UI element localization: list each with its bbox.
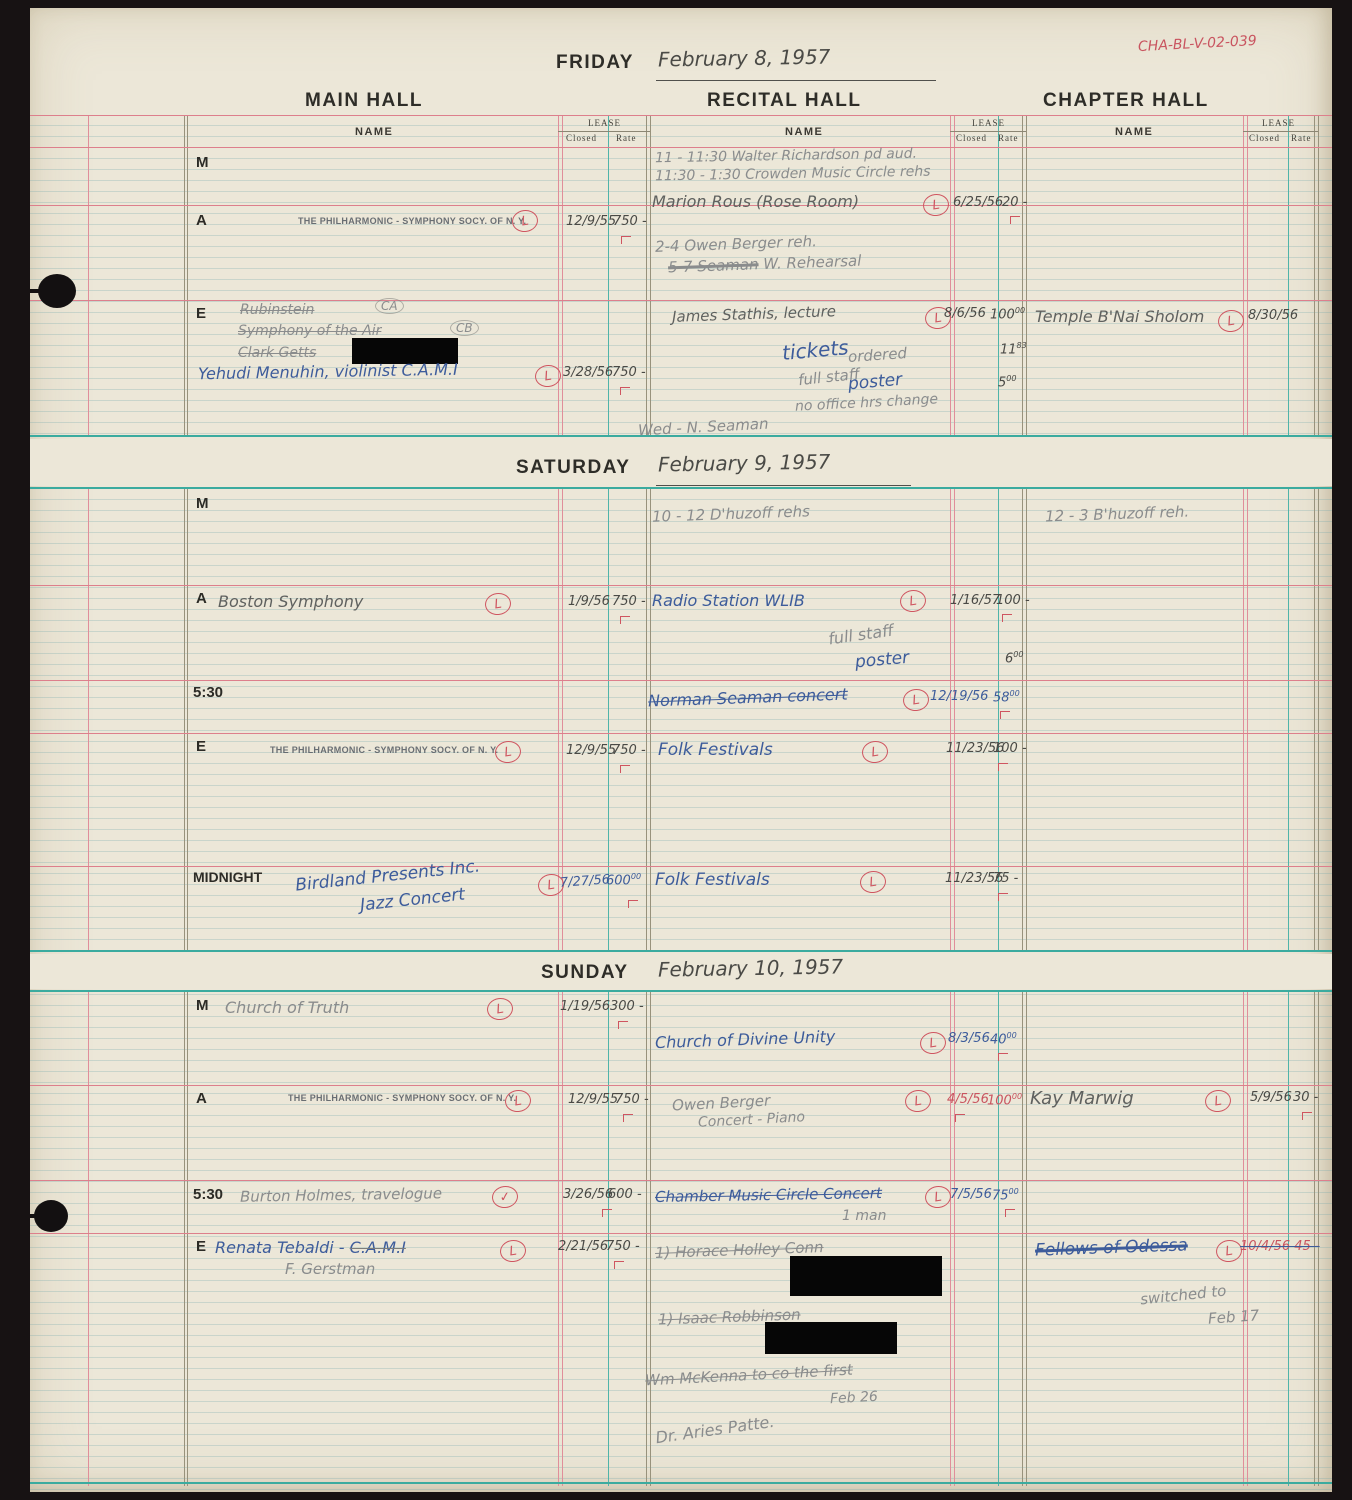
sunday-main-530-name: Burton Holmes, travelogue [240, 1184, 442, 1206]
sunday-main-e-rate: 750 - [606, 1239, 640, 1254]
pencil-circled-note: CB [450, 320, 479, 336]
sunday-date: February 10, 1957 [658, 954, 844, 981]
red-tick-mark [628, 900, 638, 908]
saturday-main-a-name: Boston Symphony [218, 592, 363, 611]
saturday-date: February 9, 1957 [658, 449, 831, 476]
rate-cents: 00 [1009, 1187, 1019, 1196]
saturday-recital-e-name: Folk Festivals [658, 740, 773, 760]
main-rate-header: Rate [616, 133, 637, 143]
sunday-chapter-a-closed: 5/9/56 [1250, 1090, 1292, 1105]
redaction-box [790, 1256, 942, 1296]
sunday-main-e-closed: 2/21/56 [558, 1239, 608, 1254]
sunday-main-e-name: Renata Tebaldi - C.A.M.I [215, 1238, 406, 1257]
friday-main-e-closed: 3/28/56 [563, 365, 613, 380]
friday-row-a: A [196, 212, 207, 229]
chapter-rate-header: Rate [1291, 133, 1312, 143]
saturday-row-530: 5:30 [193, 684, 223, 701]
saturday-row-midnight: MIDNIGHT [193, 869, 262, 885]
sunday-main-m-rate: 300 - [610, 999, 644, 1014]
sunday-row-530: 5:30 [193, 1186, 223, 1203]
punch-hole-tear [30, 289, 44, 293]
friday-title: FRIDAY [556, 52, 634, 74]
red-tick-mark [998, 763, 1008, 771]
friday-recital-e-closed: 8/6/56 [944, 306, 986, 321]
friday-main-e-rate: 750 - [612, 365, 646, 380]
sunday-main-e-agent: F. Gerstman [285, 1260, 375, 1278]
red-tick-mark [998, 1053, 1008, 1061]
recital-hall-title: RECITAL HALL [707, 90, 862, 112]
saturday-recital-mid-rate: 75 - [993, 871, 1018, 886]
sunday-recital-530-rate: 7500 [992, 1187, 1019, 1203]
friday-chapter-e-name: Temple B'Nai Sholom [1035, 307, 1204, 326]
struck-text: C.A.M.I [350, 1238, 406, 1257]
sunday-main-a-name-stamp: THE PHILHARMONIC - SYMPHONY SOCY. OF N. … [288, 1093, 516, 1103]
struck-text: 5-7 Seaman [668, 255, 759, 276]
red-tick-mark [620, 387, 630, 395]
saturday-recital-a-name: Radio Station WLIB [652, 591, 805, 610]
amount-value: 11 [1000, 342, 1017, 357]
saturday-main-mid-rate: 60000 [606, 872, 641, 888]
pencil-circled-note: CA [375, 298, 404, 314]
friday-recital-m-rate: 20 - [1002, 195, 1027, 210]
saturday-main-a-rate: 750 - [612, 594, 646, 609]
saturday-recital-mid-name: Folk Festivals [655, 870, 770, 890]
red-tick-mark [621, 236, 631, 244]
sunday-main-m-closed: 1/19/56 [560, 999, 610, 1014]
friday-recital-m-closed: 6/25/56 [953, 195, 1003, 210]
friday-row-e: E [196, 305, 206, 322]
chapter-hall-title: CHAPTER HALL [1043, 90, 1209, 112]
rate-value: 100 [987, 1093, 1012, 1108]
rate-value: 58 [993, 690, 1010, 705]
red-tick-mark [618, 1021, 628, 1029]
amount-cents: 00 [1013, 650, 1023, 659]
chapter-lease-header: LEASE [1262, 118, 1295, 128]
amount-cents: 83 [1017, 341, 1027, 350]
red-tick-mark [602, 1209, 612, 1217]
redaction-box [765, 1322, 897, 1354]
rate-value: 600 [606, 873, 631, 888]
friday-chapter-e-closed: 8/30/56 [1248, 308, 1298, 323]
friday-main-e-struck-2-note: CB [450, 321, 479, 335]
rate-cents: 00 [1007, 1031, 1017, 1040]
amount-cents: 00 [1006, 374, 1016, 383]
saturday-main-e-closed: 12/9/55 [566, 743, 616, 758]
saturday-main-e-rate: 750 - [612, 743, 646, 758]
chapter-name-header: NAME [1115, 126, 1153, 138]
sunday-row-m: M [196, 997, 209, 1014]
main-closed-header: Closed [566, 133, 597, 143]
red-tick-mark [623, 1114, 633, 1122]
recital-rate-header: Rate [998, 133, 1019, 143]
saturday-main-a-closed: 1/9/56 [568, 594, 610, 609]
red-tick-mark [1010, 216, 1020, 224]
catalog-number: CHA-BL-V-02-039 [1138, 33, 1257, 55]
rate-cents: 00 [1010, 689, 1020, 698]
chapter-closed-header: Closed [1249, 133, 1280, 143]
saturday-row-e: E [196, 738, 206, 755]
red-tick-mark [620, 765, 630, 773]
sunday-recital-a-closed: 4/5/56 [947, 1092, 989, 1107]
sunday-main-a-closed: 12/9/55 [568, 1092, 618, 1107]
red-tick-mark [1000, 711, 1010, 719]
saturday-recital-530-rate: 5800 [993, 689, 1020, 705]
sunday-recital-530-closed: 7/5/56 [950, 1187, 992, 1202]
sunday-recital-530-note: 1 man [842, 1208, 886, 1224]
saturday-recital-a-closed: 1/16/57 [950, 593, 1000, 608]
sunday-main-a-rate: 750 - [615, 1092, 649, 1107]
friday-main-e-struck-1: Rubinstein [240, 302, 314, 318]
friday-main-a-closed: 12/9/55 [566, 214, 616, 229]
name-text: Renata Tebaldi - [215, 1238, 350, 1257]
saturday-date-underline [656, 485, 911, 486]
friday-main-a-rate: 750 - [613, 214, 647, 229]
rate-cents: 00 [1015, 306, 1025, 315]
sunday-recital-m-rate: 4000 [990, 1031, 1017, 1047]
friday-recital-m-name: Marion Rous (Rose Room) [652, 192, 859, 211]
friday-date-underline [656, 80, 936, 81]
sunday-chapter-a-name: Kay Marwig [1030, 1088, 1134, 1109]
rate-value: 40 [990, 1032, 1007, 1047]
saturday-row-a: A [196, 590, 207, 607]
saturday-row-m: M [196, 495, 209, 512]
recital-closed-header: Closed [956, 133, 987, 143]
sunday-chapter-e-note-2: Feb 17 [1207, 1306, 1259, 1328]
sunday-main-m-name: Church of Truth [225, 998, 349, 1017]
friday-date: February 8, 1957 [658, 44, 831, 71]
sunday-recital-e-note-feb: Feb 26 [830, 1389, 879, 1407]
sunday-row-a: A [196, 1090, 207, 1107]
sunday-main-530-rate: 600 - [608, 1187, 642, 1202]
red-tick-mark [1302, 1112, 1312, 1120]
saturday-main-e-name-stamp: THE PHILHARMONIC - SYMPHONY SOCY. OF N. … [270, 745, 498, 755]
friday-main-a-name-stamp: THE PHILHARMONIC - SYMPHONY SOCY. OF N. … [298, 216, 526, 226]
rate-cents: 00 [1012, 1092, 1022, 1101]
recital-lease-header: LEASE [972, 118, 1005, 128]
sunday-recital-a-rate: 10000 [987, 1092, 1022, 1108]
friday-main-e-struck-1-note: CA [375, 299, 404, 313]
ledger-page: FRIDAY February 8, 1957 CHA-BL-V-02-039 … [30, 8, 1332, 1492]
recital-name-header: NAME [785, 126, 823, 138]
sunday-main-530-closed: 3/26/56 [563, 1187, 613, 1202]
saturday-recital-a-rate: 100 - [996, 593, 1030, 608]
friday-recital-e-amount-1: 1183 [1000, 341, 1027, 357]
red-tick-mark [620, 616, 630, 624]
sunday-title: SUNDAY [541, 962, 629, 984]
saturday-title: SATURDAY [516, 457, 630, 479]
friday-recital-e-amount-2: 500 [998, 374, 1017, 390]
main-lease-header: LEASE [588, 118, 621, 128]
main-name-header: NAME [355, 126, 393, 138]
red-tick-mark [1005, 1209, 1015, 1217]
sunday-chapter-e-closed-struck: 10/4/56 45 - [1240, 1239, 1320, 1254]
saturday-recital-e-rate: 100 - [993, 741, 1027, 756]
friday-main-e-struck-3: Clark Getts [238, 345, 316, 361]
saturday-recital-a-amount: 600 [1005, 650, 1024, 666]
punch-hole-tear [30, 1214, 40, 1218]
sunday-recital-m-closed: 8/3/56 [948, 1031, 990, 1046]
rate-cents: 00 [631, 872, 641, 881]
red-tick-mark [998, 893, 1008, 901]
red-tick-mark [955, 1114, 965, 1122]
friday-main-e-struck-2: Symphony of the Air [238, 323, 381, 339]
rate-value: 75 [992, 1188, 1009, 1203]
sunday-chapter-a-rate: 30 - [1293, 1090, 1318, 1105]
sunday-row-e: E [196, 1238, 206, 1255]
friday-recital-e-rate: 10000 [990, 306, 1025, 322]
red-tick-mark [1002, 614, 1012, 622]
friday-row-m: M [196, 154, 209, 171]
rate-value: 100 [990, 307, 1015, 322]
red-tick-mark [614, 1261, 624, 1269]
main-hall-title: MAIN HALL [305, 90, 423, 112]
note-text: W. Rehearsal [758, 252, 861, 274]
saturday-recital-530-closed: 12/19/56 [930, 689, 988, 704]
